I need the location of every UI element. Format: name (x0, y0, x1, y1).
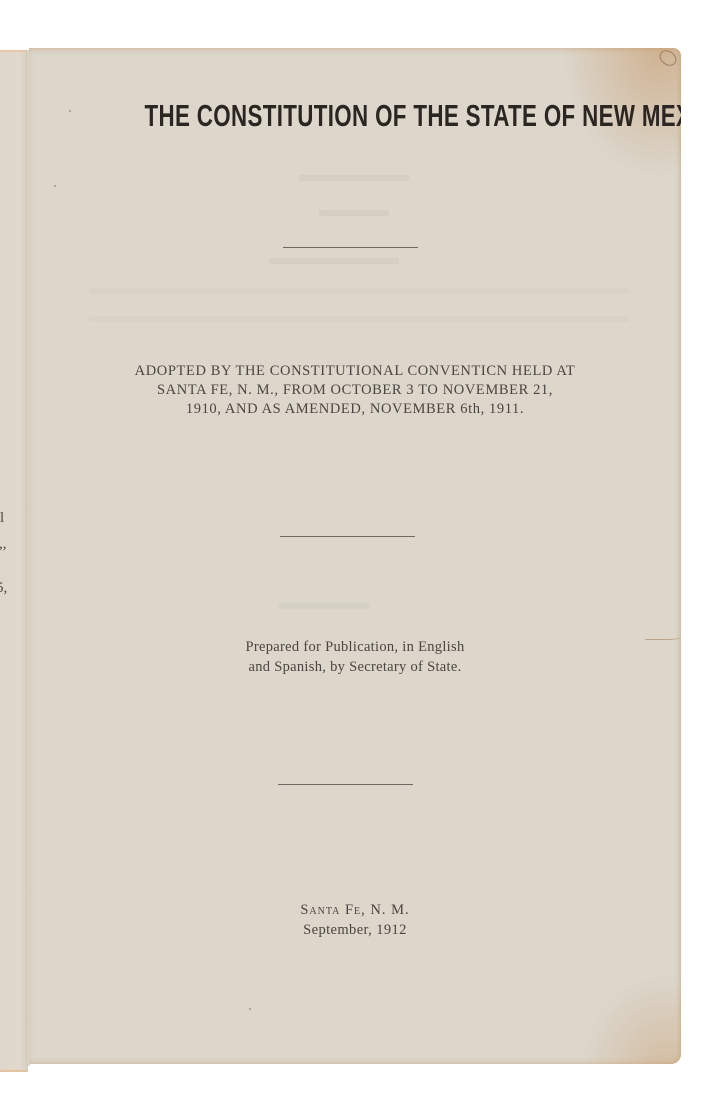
document-title: THE CONSTITUTION OF THE STATE OF NEW MEX… (145, 98, 681, 134)
publication-line: and Spanish, by Secretary of State. (69, 657, 641, 677)
show-through-text (319, 210, 389, 216)
facing-page-text-fragment: ,, (0, 536, 7, 553)
facing-page-edge: l ,, 5, (0, 50, 28, 1072)
imprint: Santa Fe, N. M. September, 1912 (69, 900, 641, 940)
adoption-line: SANTA FE, N. M., FROM OCTOBER 3 TO NOVEM… (69, 381, 641, 400)
divider-rule (278, 784, 413, 785)
show-through-text (89, 288, 629, 294)
facing-page-text-fragment: 5, (0, 580, 7, 597)
adoption-line: 1910, AND AS AMENDED, NOVEMBER 6th, 1911… (69, 400, 641, 419)
paper-speck (54, 185, 56, 187)
title-page: THE CONSTITUTION OF THE STATE OF NEW MEX… (29, 48, 681, 1064)
show-through-text (269, 258, 399, 264)
divider-rule (280, 536, 415, 537)
show-through-text (279, 603, 369, 609)
document-title-block: THE CONSTITUTION OF THE STATE OF NEW MEX… (29, 98, 681, 134)
foxing-stain (581, 974, 681, 1064)
paper-speck (249, 1008, 251, 1010)
show-through-text (89, 316, 629, 322)
publication-line: Prepared for Publication, in English (69, 637, 641, 657)
page-edge-tear (645, 633, 681, 640)
facing-page-text-fragment: l (0, 510, 4, 527)
imprint-date: September, 1912 (69, 920, 641, 940)
imprint-place: Santa Fe, N. M. (69, 900, 641, 920)
adoption-line: ADOPTED BY THE CONSTITUTIONAL CONVENTICN… (69, 362, 641, 381)
show-through-text (299, 175, 409, 181)
publication-note: Prepared for Publication, in English and… (69, 637, 641, 677)
adoption-statement: ADOPTED BY THE CONSTITUTIONAL CONVENTICN… (69, 362, 641, 419)
divider-rule (283, 247, 418, 248)
